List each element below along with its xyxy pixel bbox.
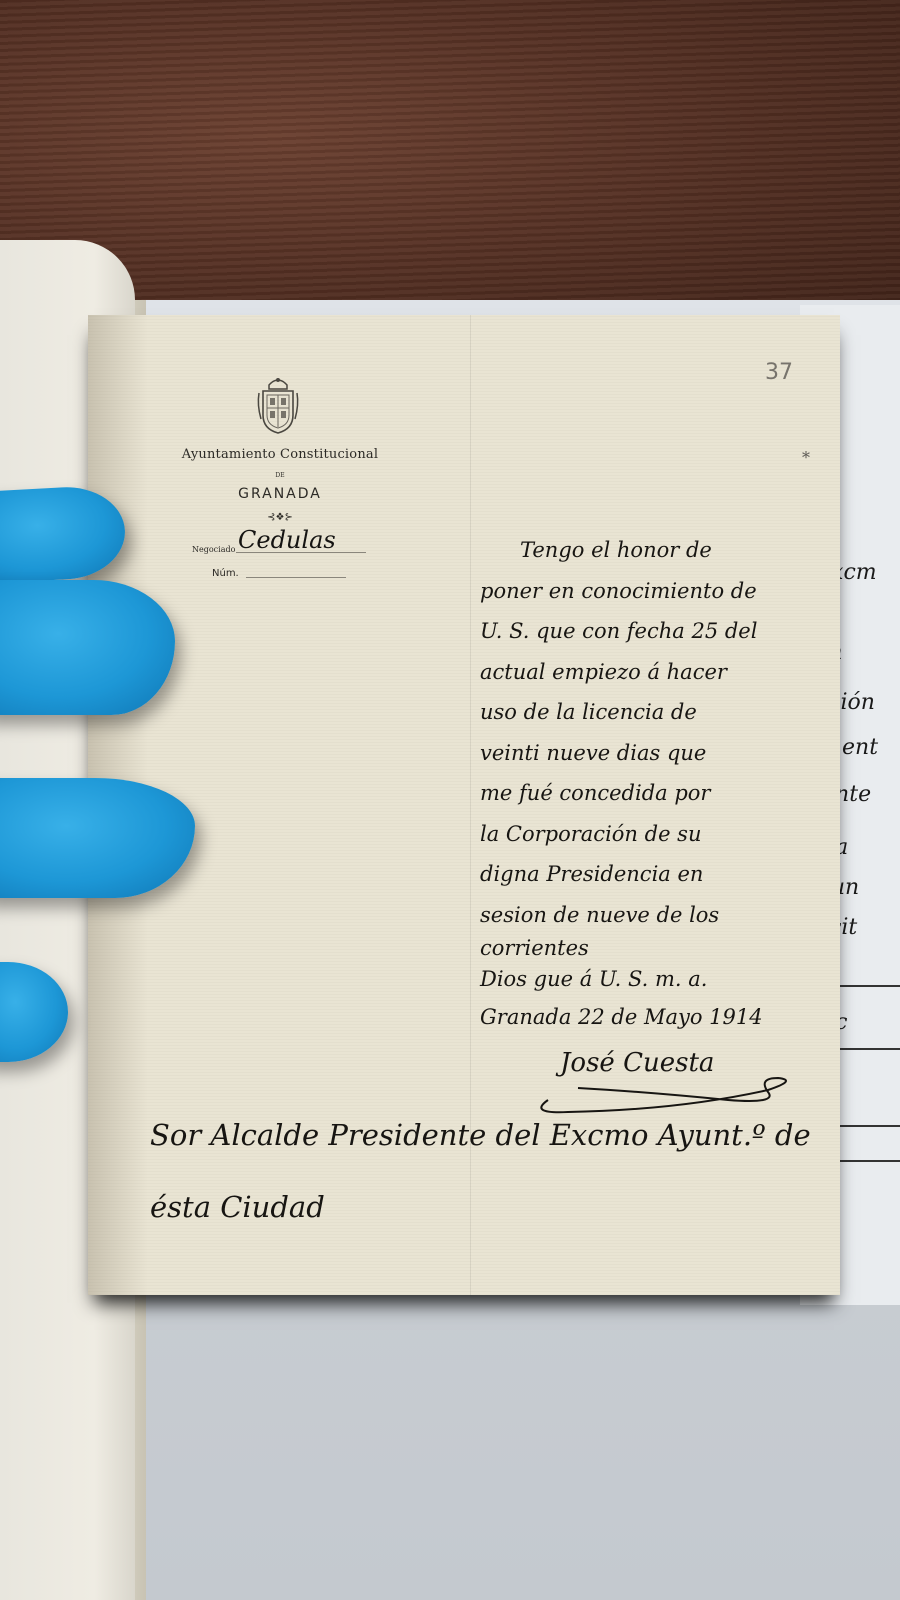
gloved-finger bbox=[0, 778, 195, 898]
wooden-table bbox=[0, 0, 900, 340]
date-line: Granada 22 de Mayo 1914 bbox=[480, 997, 820, 1038]
num-label: Núm. bbox=[212, 568, 239, 579]
body-line: veinti nueve dias que bbox=[480, 733, 820, 774]
body-line: me fué concedida por bbox=[480, 773, 820, 814]
folio-number: 37 bbox=[765, 360, 793, 385]
num-underline bbox=[246, 577, 346, 578]
addressee-line-1: Sor Alcalde Presidente del Excmo Ayunt.º… bbox=[150, 1118, 811, 1152]
margin-star-mark: * bbox=[802, 448, 810, 467]
ornament-icon: ⊰❖⊱ bbox=[255, 512, 305, 523]
coat-of-arms-icon bbox=[255, 375, 301, 437]
right-page-rule bbox=[830, 1160, 900, 1162]
letterhead-de: DE bbox=[265, 472, 295, 479]
letterhead-title: Ayuntamiento Constitucional bbox=[175, 447, 385, 462]
negociado-label: Negociado bbox=[192, 545, 235, 554]
body-line: sesion de nueve de los bbox=[480, 895, 820, 936]
body-line: corrientes bbox=[480, 935, 820, 961]
closing-line: Dios gue á U. S. m. a. bbox=[480, 961, 820, 997]
body-line: digna Presidencia en bbox=[480, 854, 820, 895]
addressee-line-2: ésta Ciudad bbox=[150, 1190, 325, 1224]
right-page-rule bbox=[830, 1048, 900, 1050]
letter-body: Tengo el honor de poner en conocimiento … bbox=[480, 530, 820, 1038]
body-line: uso de la licencia de bbox=[480, 692, 820, 733]
letterhead-city: GRANADA bbox=[200, 486, 360, 502]
body-line: actual empiezo á hacer bbox=[480, 652, 820, 693]
body-line: la Corporación de su bbox=[480, 814, 820, 855]
right-page-rule bbox=[830, 985, 900, 987]
signature-flourish-icon bbox=[528, 1070, 808, 1118]
body-line: Tengo el honor de bbox=[480, 530, 820, 571]
body-line: poner en conocimiento de bbox=[480, 571, 820, 612]
right-page-rule bbox=[830, 1125, 900, 1127]
negociado-underline bbox=[236, 552, 366, 553]
gloved-finger bbox=[0, 580, 175, 715]
negociado-value: Cedulas bbox=[238, 526, 336, 554]
body-line: U. S. que con fecha 25 del bbox=[480, 611, 820, 652]
